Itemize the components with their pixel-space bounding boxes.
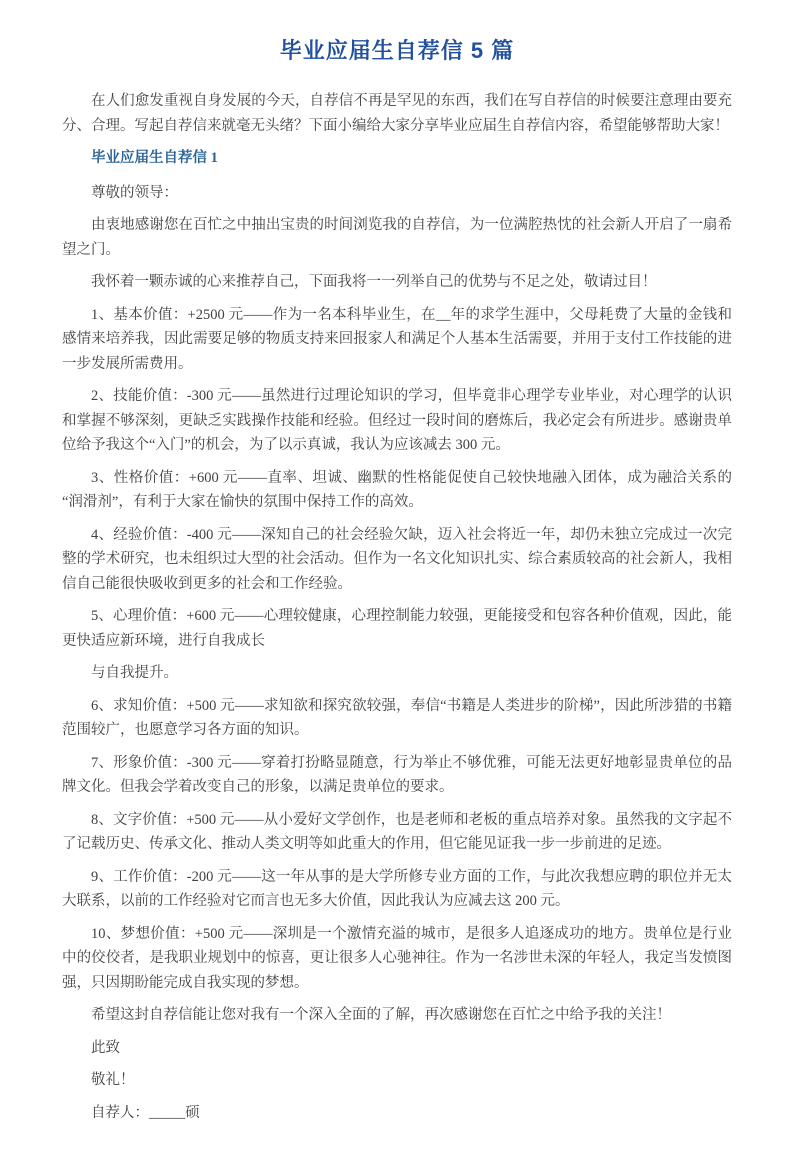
paragraph-value-1: 1、基本价值：+2500 元——作为一名本科毕业生，在__年的求学生涯中，父母耗… [62, 303, 732, 377]
closing-signature: 自荐人：_____硕 [62, 1101, 732, 1126]
paragraph-value-6: 6、求知价值：+500 元——求知欲和探究欲较强，奉信“书籍是人类进步的阶梯”，… [62, 694, 732, 743]
paragraph-value-2: 2、技能价值：-300 元——虽然进行过理论知识的学习，但毕竟非心理学专业毕业，… [62, 384, 732, 458]
section-heading: 毕业应届生自荐信 1 [62, 146, 732, 171]
paragraph-value-3: 3、性格价值：+600 元——直率、坦诚、幽默的性格能促使自己较快地融入团体，成… [62, 466, 732, 515]
paragraph-value-5: 5、心理价值：+600 元——心理较健康，心理控制能力较强，更能接受和包容各种价… [62, 604, 732, 653]
closing-cizhi: 此致 [62, 1036, 732, 1061]
salutation: 尊敬的领导： [62, 181, 732, 206]
paragraph-value-9: 9、工作价值：-200 元——这一年从事的是大学所修专业方面的工作，与此次我想应… [62, 865, 732, 914]
document-page: 毕业应届生自荐信 5 篇 在人们愈发重视自身发展的今天，自荐信不再是罕见的东西，… [0, 0, 794, 1173]
page-title: 毕业应届生自荐信 5 篇 [62, 34, 732, 65]
paragraph-value-5-continued: 与自我提升。 [62, 661, 732, 686]
closing-jingli: 敬礼！ [62, 1068, 732, 1093]
paragraph-opening: 由衷地感谢您在百忙之中抽出宝贵的时间浏览我的自荐信，为一位满腔热忱的社会新人开启… [62, 213, 732, 262]
paragraph-value-8: 8、文字价值：+500 元——从小爱好文学创作，也是老师和老板的重点培养对象。虽… [62, 808, 732, 857]
paragraph-self-intro: 我怀着一颗赤诚的心来推荐自己，下面我将一一列举自己的优势与不足之处，敬请过目！ [62, 270, 732, 295]
paragraph-value-10: 10、梦想价值：+500 元——深圳是一个激情充溢的城市，是很多人追逐成功的地方… [62, 922, 732, 996]
paragraph-value-4: 4、经验价值：-400 元——深知自己的社会经验欠缺，迈入社会将近一年，却仍未独… [62, 523, 732, 597]
intro-paragraph: 在人们愈发重视自身发展的今天，自荐信不再是罕见的东西，我们在写自荐信的时候要注意… [62, 89, 732, 138]
paragraph-value-7: 7、形象价值：-300 元——穿着打扮略显随意，行为举止不够优雅，可能无法更好地… [62, 751, 732, 800]
paragraph-final-thanks: 希望这封自荐信能让您对我有一个深入全面的了解，再次感谢您在百忙之中给予我的关注！ [62, 1003, 732, 1028]
